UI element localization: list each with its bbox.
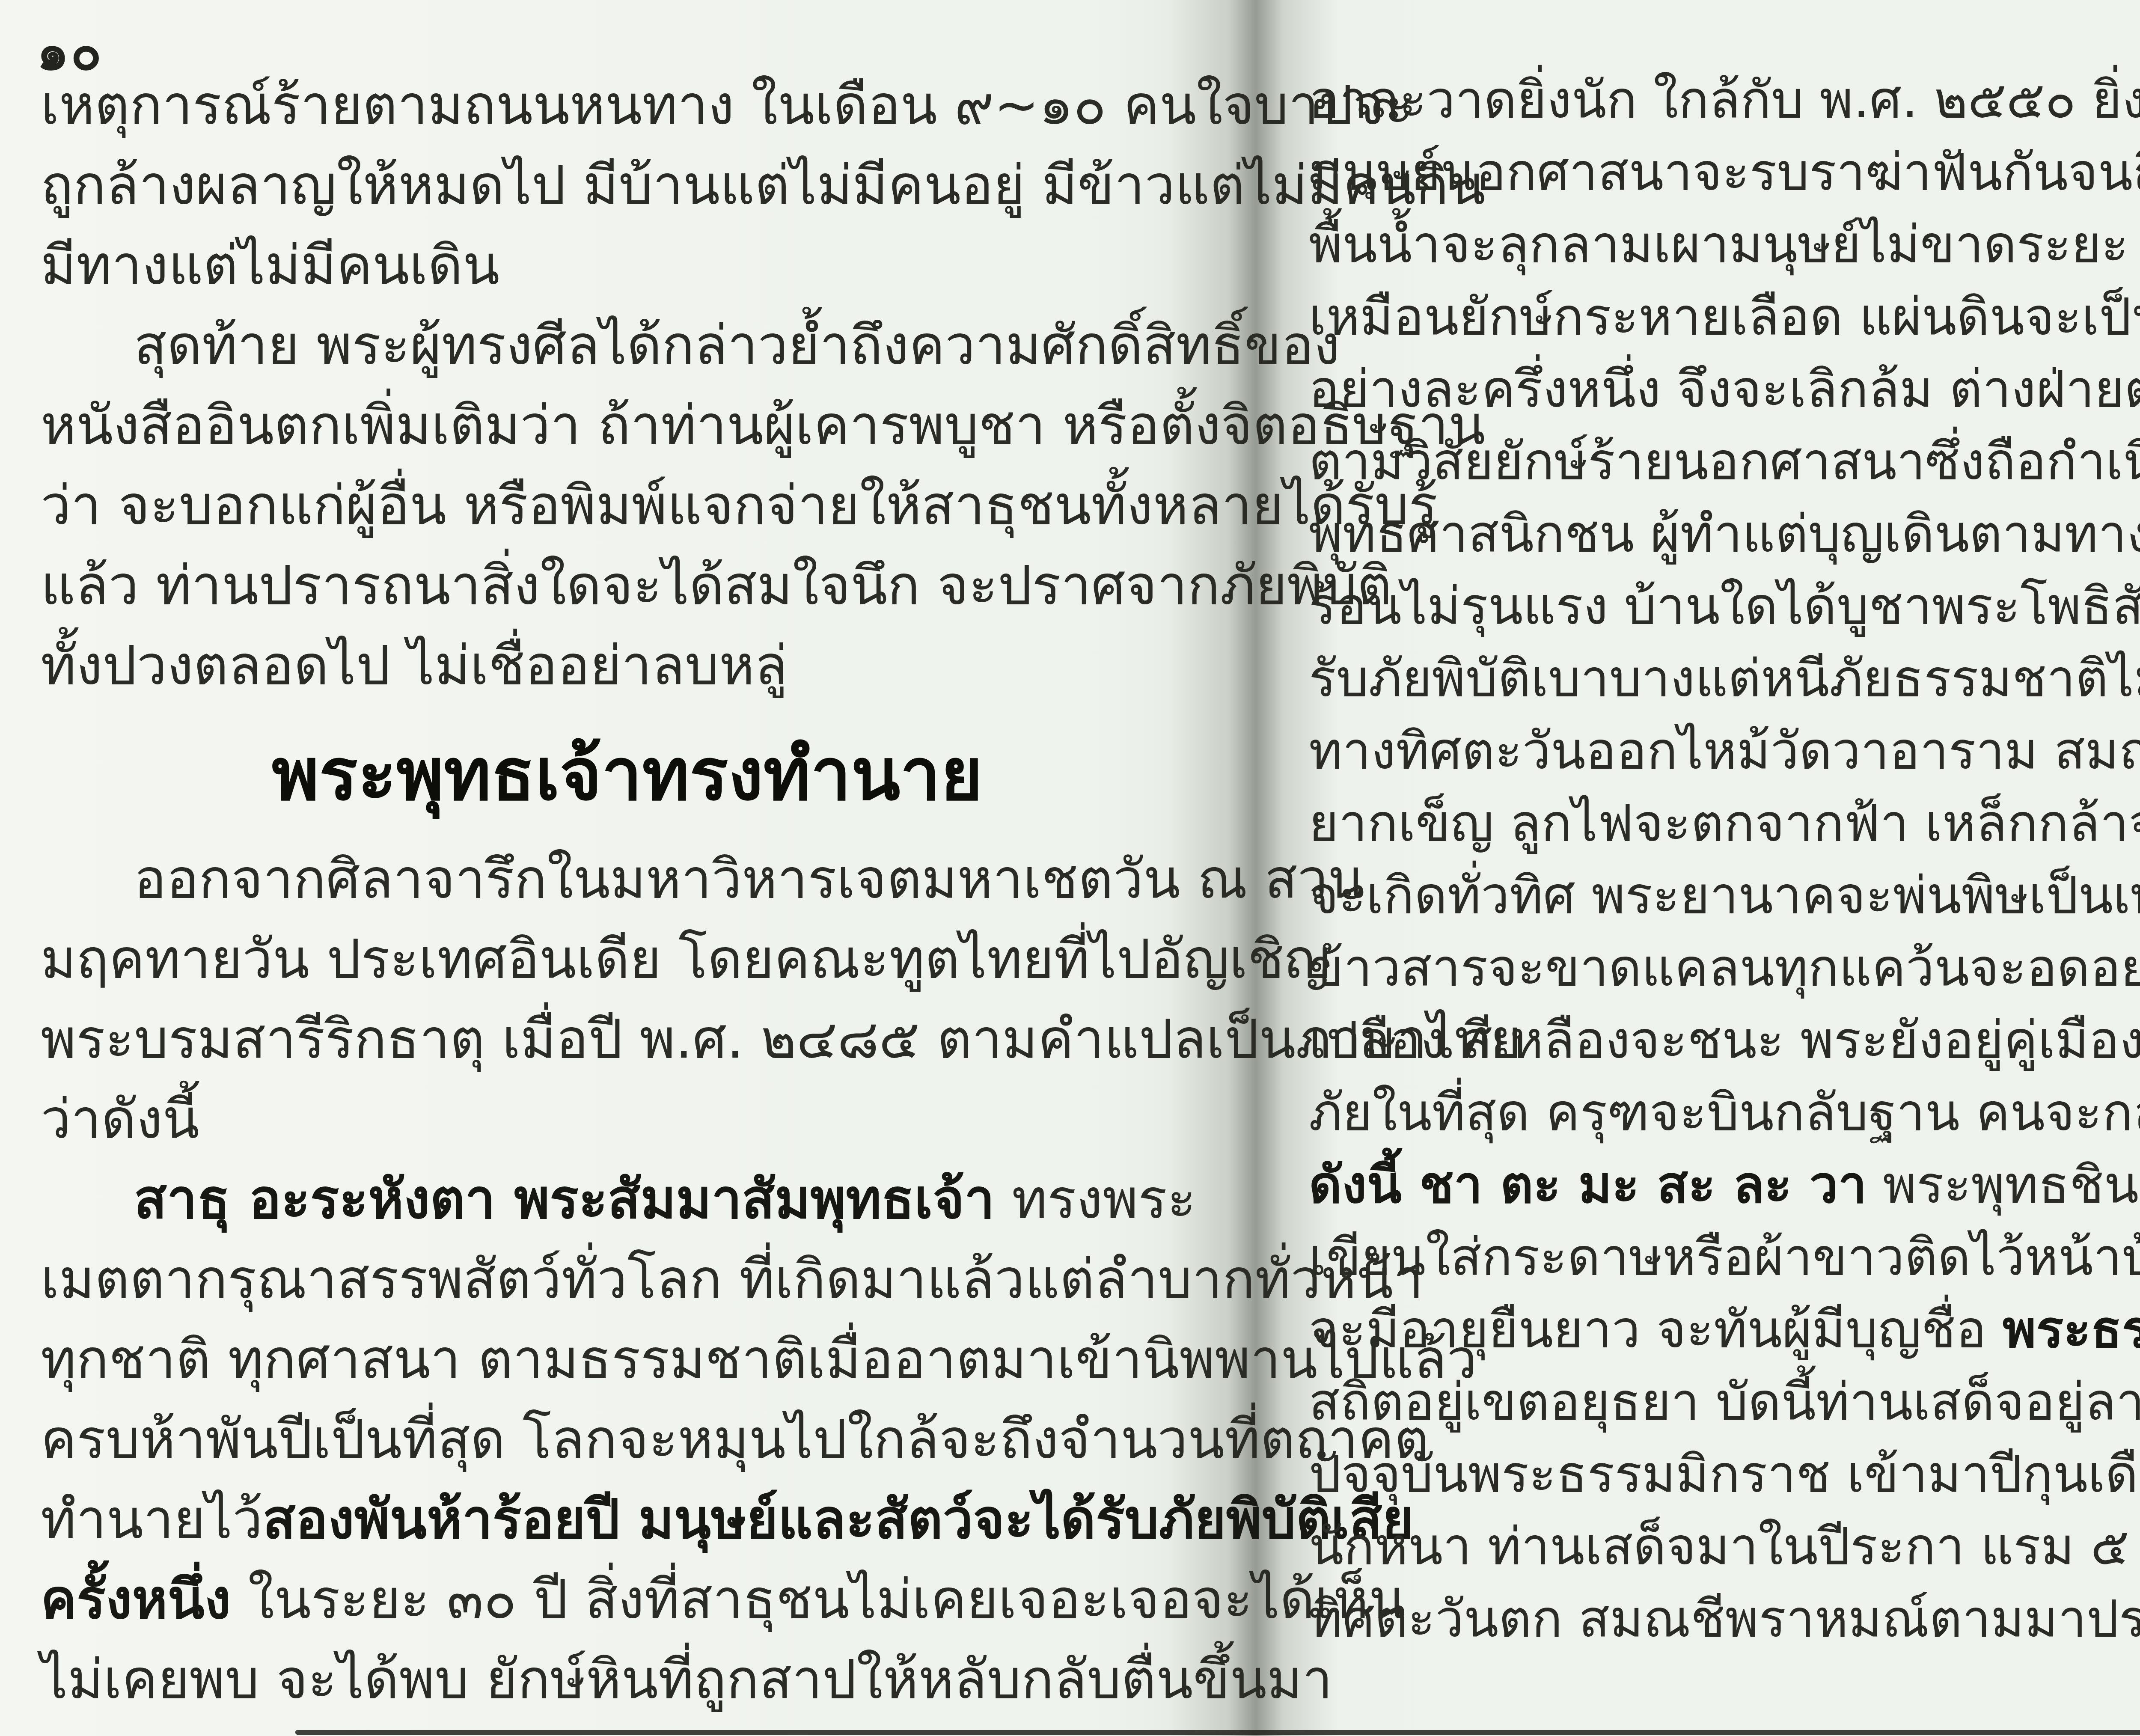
text-run: ในระยะ ๓๐ ปี สิ่งที่สาธุชนไม่เคยเจอะเจอจ… (231, 1568, 1406, 1631)
text-run: ทั้งปวงตลอดไป ไม่เชื่ออย่าลบหลู่ (41, 634, 788, 697)
text-run: หนังสืออินตกเพิ่มเติมว่า ถ้าท่านผู้เคารพ… (41, 394, 1485, 457)
text-run: ปัจจุบันพระธรรมมิกราช เข้ามาปีกุนเดือน ๑… (1309, 1445, 2140, 1504)
text-line: สุดท้าย พระผู้ทรงศีลได้กล่าวย้ำถึงความศั… (41, 305, 1196, 385)
page-left-text-column: เหตุการณ์ร้ายตามถนนหนทาง ในเดือน ๙~๑๐ คน… (41, 65, 1196, 1719)
text-line: หนังสืออินตกเพิ่มเติมว่า ถ้าท่านผู้เคารพ… (41, 385, 1196, 465)
text-run: จะมีอายุยืนยาว จะทันผู้มีบุญชื่อ (1309, 1300, 2003, 1359)
text-run: รับภัยพิบัติเบาบางแต่หนีภัยธรรมชาติไม่พ้… (1309, 649, 2140, 708)
text-run: อาละวาดยิ่งนัก ใกล้กับ พ.ศ. ๒๕๕๐ ยิ่งทวี… (1309, 71, 2140, 130)
text-run: เมตตากรุณาสรรพสัตว์ทั่วโลก ที่เกิดมาแล้ว… (41, 1248, 1424, 1311)
text-line: แล้ว ท่านปรารถนาสิ่งใดจะได้สมใจนึก จะปรา… (41, 545, 1196, 625)
text-run: พื้นน้ำจะลุกลามเผามนุษย์ไม่ขาดระยะ ต่างฝ… (1309, 215, 2140, 274)
text-line: ไม่เคยพบ จะได้พบ ยักษ์หินที่ถูกสาปให้หลั… (41, 1639, 1196, 1719)
text-run: ข้าวสารจะขาดแคลนทุกแคว้นจะอดอยาก พลูหมาก… (1309, 939, 2140, 998)
text-run: เปลือง สีเหลืองจะชนะ พระยังอยู่คู่เมืองอ… (1309, 1011, 2140, 1070)
text-line: เปลือง สีเหลืองจะชนะ พระยังอยู่คู่เมืองอ… (1309, 1005, 2140, 1077)
text-line: ทำนายไว้สองพันห้าร้อยปี มนุษย์และสัตว์จะ… (41, 1479, 1196, 1559)
text-run: จะเกิดทั่วทิศ พระยานาคจะพ่นพิษเป็นเพลิง … (1309, 866, 2140, 925)
text-run: ว่า จะบอกแก่ผู้อื่น หรือพิมพ์แจกจ่ายให้ส… (41, 474, 1438, 537)
text-line: เหตุการณ์ร้ายตามถนนหนทาง ในเดือน ๙~๑๐ คน… (41, 65, 1196, 145)
text-line: มีทางแต่ไม่มีคนเดิน (41, 225, 1196, 305)
text-line: ปัจจุบันพระธรรมมิกราช เข้ามาปีกุนเดือน ๑… (1309, 1439, 2140, 1511)
text-line: ตามวิสัยยักษ์ร้ายนอกศาสนาซึ่งถือกำเนิดจา… (1309, 426, 2140, 498)
text-run: เหมือนยักษ์กระหายเลือด แผ่นดินจะเป็นเปลว… (1309, 288, 2140, 347)
text-line: ทางทิศตะวันออกไหม้วัดวาอาราม สมณชีพราหมณ… (1309, 715, 2140, 788)
text-run: ออกจากศิลาจารึกในมหาวิหารเจตมหาเชตวัน ณ … (134, 847, 1364, 910)
text-run: ทุกชาติ ทุกศาสนา ตามธรรมชาติเมื่ออาตมาเข… (41, 1328, 1477, 1391)
text-run: พุทธศาสนิกชน ผู้ทำแต่บุญเดินตามทางตถาคตส… (1309, 505, 2140, 564)
text-line: ว่าดังนี้ (41, 1079, 1196, 1159)
text-line: ยากเข็ญ ลูกไฟจะตกจากฟ้า เหล็กกล้าจะผุดจา… (1309, 788, 2140, 860)
bold-text-run: ครั้งหนึ่ง (41, 1568, 231, 1631)
text-line: ภัยในที่สุด ครุฑจะบินกลับฐาน คนจะกลับบำร… (1309, 1077, 2140, 1149)
text-run: แล้ว ท่านปรารถนาสิ่งใดจะได้สมใจนึก จะปรา… (41, 554, 1392, 617)
text-line: จะมีอายุยืนยาว จะทันผู้มีบุญชื่อ พระธรรม… (1309, 1294, 2140, 1366)
book-spread: ๑๐ ๑๑ เหตุการณ์ร้ายตามถนนหนทาง ในเดือน ๙… (0, 0, 2140, 1736)
page-right-text-column: อาละวาดยิ่งนัก ใกล้กับ พ.ศ. ๒๕๕๐ ยิ่งทวี… (1309, 64, 2140, 1656)
text-line: พื้นน้ำจะลุกลามเผามนุษย์ไม่ขาดระยะ ต่างฝ… (1309, 209, 2140, 281)
text-line: พุทธศาสนิกชน ผู้ทำแต่บุญเดินตามทางตถาคตส… (1309, 498, 2140, 571)
text-run: อย่างละครึ่งหนึ่ง จึงจะเลิกล้ม ต่างฝ่ายต… (1309, 360, 2140, 419)
text-line: ครบห้าพันปีเป็นที่สุด โลกจะหมุนไปใกล้จะถ… (41, 1399, 1196, 1479)
text-line: ร้อนไม่รุนแรง บ้านใดได้บูชาพระโพธิสัตว์ … (1309, 571, 2140, 643)
text-line: นักหนา ท่านเสด็จมาในปีระกา แรม ๕ ค่ำ มหา… (1309, 1511, 2140, 1583)
text-run: ร้อนไม่รุนแรง บ้านใดได้บูชาพระโพธิสัตว์ … (1309, 577, 2140, 636)
text-run: ตามวิสัยยักษ์ร้ายนอกศาสนาซึ่งถือกำเนิดจา… (1309, 432, 2140, 491)
text-run: พระบรมสารีริกธาตุ เมื่อปี พ.ศ. ๒๔๘๕ ตามค… (41, 1008, 1522, 1070)
text-run: ครบห้าพันปีเป็นที่สุด โลกจะหมุนไปใกล้จะถ… (41, 1408, 1429, 1471)
text-run: เหตุการณ์ร้ายตามถนนหนทาง ในเดือน ๙~๑๐ คน… (41, 74, 1414, 137)
text-line: รับภัยพิบัติเบาบางแต่หนีภัยธรรมชาติไม่พ้… (1309, 643, 2140, 715)
scan-bottom-edge-line (295, 1730, 2140, 1735)
text-run: ถูกล้างผลาญให้หมดไป มีบ้านแต่ไม่มีคนอยู่… (41, 154, 1486, 217)
text-run: สุดท้าย พระผู้ทรงศีลได้กล่าวย้ำถึงความศั… (134, 314, 1340, 377)
bold-text-run: พระธรรมมิกราช (2003, 1300, 2140, 1359)
text-line: จะเกิดทั่วทิศ พระยานาคจะพ่นพิษเป็นเพลิง … (1309, 860, 2140, 932)
bold-text-run: สองพันห้าร้อยปี มนุษย์และสัตว์จะได้รับภั… (263, 1488, 1414, 1551)
text-line: ดังนี้ ชา ตะ มะ สะ ละ วา พระพุทธชินลิตนี… (1309, 1149, 2140, 1222)
text-line: พระบรมสารีริกธาตุ เมื่อปี พ.ศ. ๒๔๘๕ ตามค… (41, 999, 1196, 1079)
text-line: อาละวาดยิ่งนัก ใกล้กับ พ.ศ. ๒๕๕๐ ยิ่งทวี… (1309, 64, 2140, 137)
text-run: ไม่เคยพบ จะได้พบ ยักษ์หินที่ถูกสาปให้หลั… (41, 1648, 1332, 1711)
bold-text-run: ดังนี้ ชา ตะ มะ สะ ละ วา (1309, 1156, 1867, 1215)
text-run: พระพุทธชินลิตนี้ท่านให้ (1867, 1156, 2140, 1215)
text-line: มฤคทายวัน ประเทศอินเดีย โดยคณะทูตไทยที่ไ… (41, 919, 1196, 999)
text-line: เมตตากรุณาสรรพสัตว์ทั่วโลก ที่เกิดมาแล้ว… (41, 1239, 1196, 1319)
text-line: ทิศตะวันตก สมณชีพราหมณ์ตามมาประมาณได้ ๗๖… (1309, 1583, 2140, 1656)
text-line: ว่า จะบอกแก่ผู้อื่น หรือพิมพ์แจกจ่ายให้ส… (41, 465, 1196, 545)
text-run: ทางทิศตะวันออกไหม้วัดวาอาราม สมณชีพราหมณ… (1309, 722, 2140, 781)
text-run: ทิศตะวันตก สมณชีพราหมณ์ตามมาประมาณได้ ๗๖… (1309, 1590, 2140, 1649)
text-run: ทำนายไว้ (41, 1488, 263, 1551)
text-run: ยากเข็ญ ลูกไฟจะตกจากฟ้า เหล็กกล้าจะผุดจา… (1309, 794, 2140, 853)
text-line: ครั้งหนึ่ง ในระยะ ๓๐ ปี สิ่งที่สาธุชนไม่… (41, 1559, 1196, 1639)
text-line: อย่างละครึ่งหนึ่ง จึงจะเลิกล้ม ต่างฝ่ายต… (1309, 354, 2140, 426)
text-line: ข้าวสารจะขาดแคลนทุกแคว้นจะอดอยาก พลูหมาก… (1309, 932, 2140, 1005)
text-line: ออกจากศิลาจารึกในมหาวิหารเจตมหาเชตวัน ณ … (41, 839, 1196, 919)
text-line: ทุกชาติ ทุกศาสนา ตามธรรมชาติเมื่ออาตมาเข… (41, 1319, 1196, 1399)
text-run: มฤคทายวัน ประเทศอินเดีย โดยคณะทูตไทยที่ไ… (41, 927, 1330, 990)
text-line: เหมือนยักษ์กระหายเลือด แผ่นดินจะเป็นเปลว… (1309, 281, 2140, 354)
bold-text-run: สาธุ อะระหังตา พระสัมมาสัมพุทธเจ้า (134, 1168, 995, 1231)
text-run: มนุษย์นอกศาสนาจะรบราฆ่าฟันกันจนถึงเลือดน… (1309, 143, 2140, 202)
text-line: สาธุ อะระหังตา พระสัมมาสัมพุทธเจ้า ทรงพร… (41, 1159, 1196, 1239)
text-run: ทรงพระ (995, 1168, 1196, 1231)
text-run: เขียนใส่กระดาษหรือผ้าขาวติดไว้หน้าบ้านหร… (1309, 1228, 2140, 1287)
section-heading: พระพุทธเจ้าทรงทำนาย (272, 721, 1196, 828)
text-run: มีทางแต่ไม่มีคนเดิน (41, 234, 499, 297)
text-line: เขียนใส่กระดาษหรือผ้าขาวติดไว้หน้าบ้านหร… (1309, 1222, 2140, 1294)
text-line: ถูกล้างผลาญให้หมดไป มีบ้านแต่ไม่มีคนอยู่… (41, 145, 1196, 225)
text-run: ภัยในที่สุด ครุฑจะบินกลับฐาน คนจะกลับบำร… (1309, 1083, 2140, 1142)
text-run: ว่าดังนี้ (41, 1088, 199, 1150)
text-line: ทั้งปวงตลอดไป ไม่เชื่ออย่าลบหลู่ (41, 625, 1196, 705)
text-line: มนุษย์นอกศาสนาจะรบราฆ่าฟันกันจนถึงเลือดน… (1309, 137, 2140, 209)
text-line: สถิตอยู่เขตอยุธยา บัดนี้ท่านเสด็จอยู่ลาน… (1309, 1366, 2140, 1439)
text-run: นักหนา ท่านเสด็จมาในปีระกา แรม ๕ ค่ำ มหา… (1309, 1517, 2140, 1576)
text-run: สถิตอยู่เขตอยุธยา บัดนี้ท่านเสด็จอยู่ลาน… (1309, 1373, 2140, 1432)
